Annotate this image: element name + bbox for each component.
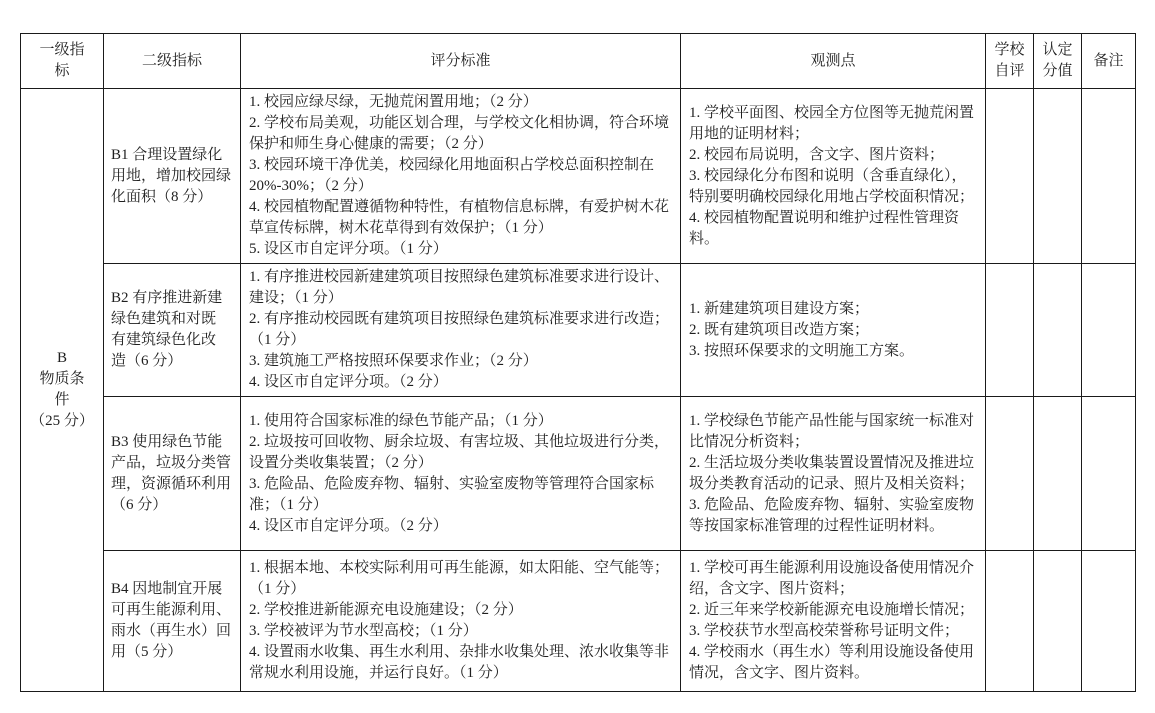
cell-school-self-eval: [986, 89, 1034, 264]
cell-remarks: [1082, 264, 1136, 397]
evaluation-table: 一级指 标 二级指标 评分标准 观测点 学校 自评 认定 分值 备注 B 物质条…: [20, 33, 1136, 692]
cell-secondary-indicator: B2 有序推进新建 绿色建筑和对既 有建筑绿色化改 造（6 分）: [104, 264, 241, 397]
cell-determined-score: [1034, 397, 1082, 551]
cell-scoring-criteria: 1. 根据本地、本校实际利用可再生能源，如太阳能、空气能等；（1 分） 2. 学…: [241, 551, 681, 692]
cell-determined-score: [1034, 89, 1082, 264]
header-observation-points: 观测点: [681, 34, 986, 89]
cell-scoring-criteria: 1. 使用符合国家标准的绿色节能产品；（1 分） 2. 垃圾按可回收物、厨余垃圾…: [241, 397, 681, 551]
cell-school-self-eval: [986, 551, 1034, 692]
cell-observation-points: 1. 学校绿色节能产品性能与国家统一标准对比情况分析资料； 2. 生活垃圾分类收…: [681, 397, 986, 551]
table-row: B3 使用绿色节能 产品，垃圾分类管 理，资源循环利用 （6 分） 1. 使用符…: [21, 397, 1136, 551]
table-row: B 物质条 件 （25 分） B1 合理设置绿化 用地，增加校园绿 化面积（8 …: [21, 89, 1136, 264]
cell-secondary-indicator: B3 使用绿色节能 产品，垃圾分类管 理，资源循环利用 （6 分）: [104, 397, 241, 551]
cell-observation-points: 1. 学校可再生能源利用设施设备使用情况介绍，含文字、图片资料； 2. 近三年来…: [681, 551, 986, 692]
header-primary-indicator: 一级指 标: [21, 34, 104, 89]
cell-remarks: [1082, 89, 1136, 264]
header-secondary-indicator: 二级指标: [104, 34, 241, 89]
header-remarks: 备注: [1082, 34, 1136, 89]
cell-secondary-indicator: B4 因地制宜开展 可再生能源利用、 雨水（再生水）回 用（5 分）: [104, 551, 241, 692]
header-school-self-eval: 学校 自评: [986, 34, 1034, 89]
cell-determined-score: [1034, 264, 1082, 397]
table-row: B4 因地制宜开展 可再生能源利用、 雨水（再生水）回 用（5 分） 1. 根据…: [21, 551, 1136, 692]
cell-determined-score: [1034, 551, 1082, 692]
document-page: 一级指 标 二级指标 评分标准 观测点 学校 自评 认定 分值 备注 B 物质条…: [0, 0, 1155, 713]
cell-school-self-eval: [986, 397, 1034, 551]
cell-scoring-criteria: 1. 校园应绿尽绿，无抛荒闲置用地；（2 分） 2. 学校布局美观，功能区划合理…: [241, 89, 681, 264]
cell-observation-points: 1. 学校平面图、校园全方位图等无抛荒闲置用地的证明材料； 2. 校园布局说明，…: [681, 89, 986, 264]
cell-school-self-eval: [986, 264, 1034, 397]
cell-remarks: [1082, 551, 1136, 692]
header-scoring-criteria: 评分标准: [241, 34, 681, 89]
cell-primary-indicator: B 物质条 件 （25 分）: [21, 89, 104, 692]
table-header-row: 一级指 标 二级指标 评分标准 观测点 学校 自评 认定 分值 备注: [21, 34, 1136, 89]
cell-secondary-indicator: B1 合理设置绿化 用地，增加校园绿 化面积（8 分）: [104, 89, 241, 264]
cell-scoring-criteria: 1. 有序推进校园新建建筑项目按照绿色建筑标准要求进行设计、建设；（1 分） 2…: [241, 264, 681, 397]
header-determined-score: 认定 分值: [1034, 34, 1082, 89]
cell-observation-points: 1. 新建建筑项目建设方案； 2. 既有建筑项目改造方案； 3. 按照环保要求的…: [681, 264, 986, 397]
cell-remarks: [1082, 397, 1136, 551]
table-row: B2 有序推进新建 绿色建筑和对既 有建筑绿色化改 造（6 分） 1. 有序推进…: [21, 264, 1136, 397]
